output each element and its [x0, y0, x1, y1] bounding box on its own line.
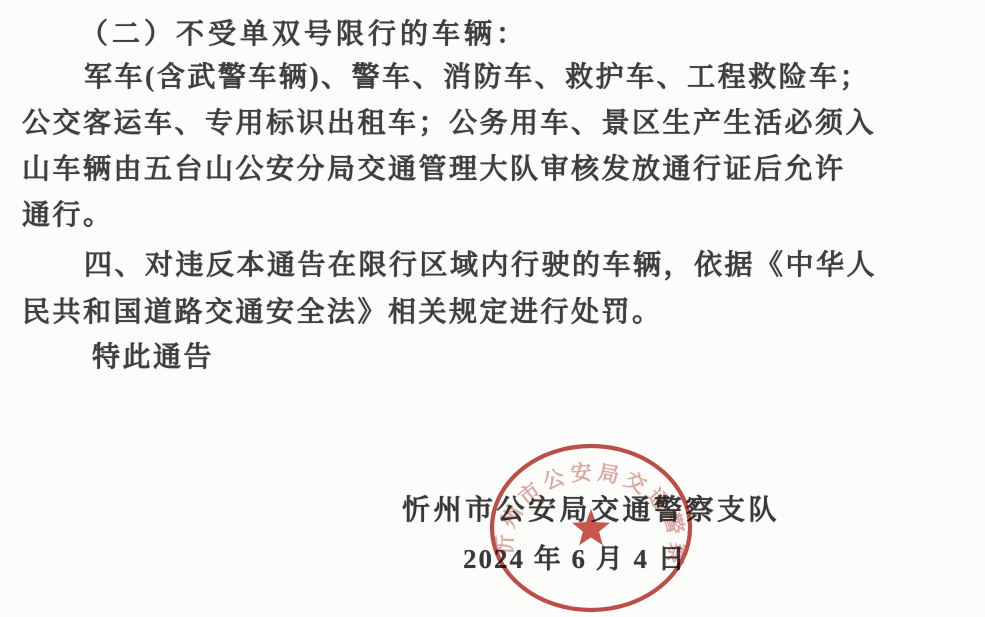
signature-org: 忻州市公安局交通警察支队 [402, 488, 780, 528]
signature-date: 2024 年 6 月 4 日 [463, 537, 687, 576]
line-exempt-vehicles-heading: （二）不受单双号限行的车辆： [80, 12, 528, 52]
document-page: （二）不受单双号限行的车辆： 军车(含武警车辆)、警车、消防车、救护车、工程救险… [0, 0, 985, 617]
line-penalty-2: 民共和国道路交通安全法》相关规定进行处罚。 [22, 290, 663, 330]
line-exempt-list-2: 公交客运车、专用标识出租车；公务用车、景区生产生活必须入 [22, 101, 876, 141]
line-penalty-1: 四、对违反本通告在限行区域内行驶的车辆，依据《中华人 [84, 243, 877, 283]
seal-ring [492, 446, 690, 610]
line-exempt-list-end: 通行。 [22, 193, 114, 233]
line-closing: 特此通告 [92, 335, 214, 375]
line-exempt-list-1: 军车(含武警车辆)、警车、消防车、救护车、工程救险车； [84, 55, 870, 95]
official-seal: 忻州市公安局交通警察支队 [486, 441, 696, 617]
line-exempt-list-3: 山车辆由五台山公安分局交通管理大队审核发放通行证后允许 [22, 147, 846, 187]
